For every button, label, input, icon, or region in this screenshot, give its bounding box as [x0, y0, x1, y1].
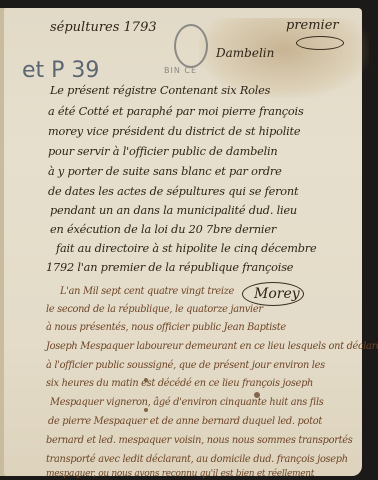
act-line: à l'officier public soussigné, que de pr… — [46, 360, 325, 371]
certificate-line: à y porter de suite sans blanc et par or… — [48, 165, 282, 178]
parish-name: Dambelin — [216, 46, 274, 60]
certificate-line: de dates les actes de sépultures qui se … — [48, 185, 298, 198]
certificate-line: 1792 l'an premier de la république franç… — [46, 261, 293, 274]
ink-blot — [144, 378, 148, 382]
signature-flourish-icon — [242, 282, 304, 306]
act-line: Joseph Mespaquer laboureur demeurant en … — [46, 341, 378, 352]
act-line: Mespaquer vigneron, âgé d'environ cinqua… — [50, 397, 324, 408]
act-line: mespaquer, ou nous avons reconnu qu'il e… — [46, 469, 314, 479]
act-line: transporté avec ledit déclarant, au domi… — [46, 454, 348, 465]
stamp-text: BIN CE — [164, 66, 197, 75]
act-line: le second de la république, le quatorze … — [46, 304, 263, 315]
register-number: premier — [286, 18, 339, 33]
certificate-line: a été Cotté et paraphé par moi pierre fr… — [48, 105, 304, 118]
stamp-seal-icon — [174, 24, 208, 68]
certificate-line: pour servir à l'officier public de dambe… — [48, 145, 278, 158]
paraph-flourish-icon — [296, 36, 344, 50]
ink-blot — [254, 392, 260, 398]
certificate-line: Le présent régistre Contenant six Roles — [50, 84, 270, 97]
certificate-line: en éxécution de la loi du 20 7bre dernie… — [50, 223, 276, 236]
archive-pencil-mark: et P 39 — [22, 58, 99, 83]
register-title: sépultures 1793 — [50, 20, 157, 35]
certificate-line: fait au directoire à st hipolite le cinq… — [56, 242, 316, 255]
act-line: L'an Mil sept cent quatre vingt treize — [60, 286, 234, 297]
act-line: six heures du matin est décédé en ce lie… — [46, 378, 313, 389]
certificate-line: pendant un an dans la municipalité dud. … — [50, 204, 297, 217]
certificate-line: morey vice président du district de st h… — [48, 125, 300, 138]
act-line: bernard et led. mespaquer voisin, nous n… — [46, 435, 353, 446]
ink-blot — [144, 408, 148, 412]
act-line: de pierre Mespaquer et de anne bernard d… — [48, 416, 322, 427]
document-page: BIN CE sépultures 1793 premier Dambelin … — [4, 8, 362, 476]
act-line: à nous présentés, nous officier public J… — [46, 322, 286, 333]
archive-stamp: BIN CE — [164, 22, 212, 78]
